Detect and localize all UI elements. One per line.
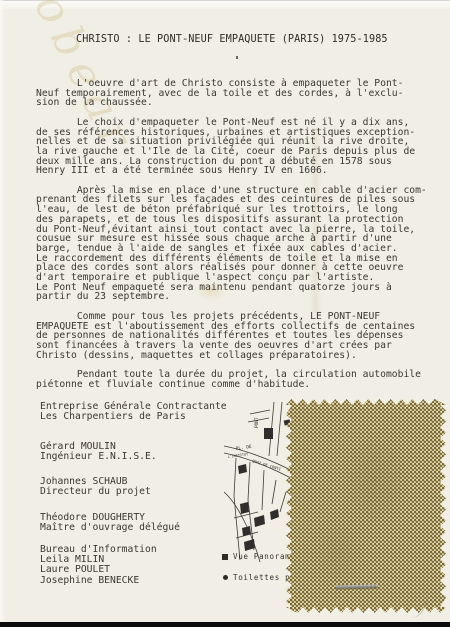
contact-group-delegate: Théodore DOUGHERTY Maître d'ouvrage délé… (40, 513, 180, 533)
paragraph: Après la mise en place d'une structure e… (36, 186, 427, 302)
paper-edge-left (0, 0, 5, 627)
fabric-sample-swatch (286, 399, 446, 613)
page-title: CHRISTO : LE PONT-NEUF EMPAQUETE (PARIS)… (76, 34, 388, 45)
photo-border-bottom (0, 622, 450, 627)
map-label-quai: QUAI DE CONTI (252, 458, 282, 471)
body-text: L'oeuvre d'art de Christo consiste à emp… (36, 79, 427, 399)
contact-group-contractor: Entreprise Générale Contractante Les Cha… (40, 402, 227, 422)
legend-dot-icon (223, 575, 228, 580)
map-label-pont: PONT (254, 417, 260, 428)
scanned-press-sheet: obear CHRISTO : LE PONT-NEUF EMPAQUETE (… (0, 0, 450, 627)
paragraph: Le choix d'empaqueter le Pont-Neuf est n… (36, 118, 427, 176)
contact-group-engineer: Gérard MOULIN Ingénieur E.N.I.S.E. (40, 442, 157, 462)
ink-speck (236, 56, 238, 59)
paragraph: Comme pour tous les projets précédents, … (36, 312, 427, 361)
paper-edge-top (0, 0, 450, 9)
paragraph: L'oeuvre d'art de Christo consiste à emp… (36, 79, 427, 108)
contact-group-director: Johannes SCHAUB Directeur du projet (40, 477, 151, 497)
paragraph: Pendant toute la durée du projet, la cir… (36, 370, 427, 389)
map-label-place: PL. DE (235, 444, 252, 452)
contact-group-information: Bureau d'Information Leila MILIN Laure P… (40, 545, 157, 586)
map-label-institut: L'INSTITUT (228, 452, 249, 459)
